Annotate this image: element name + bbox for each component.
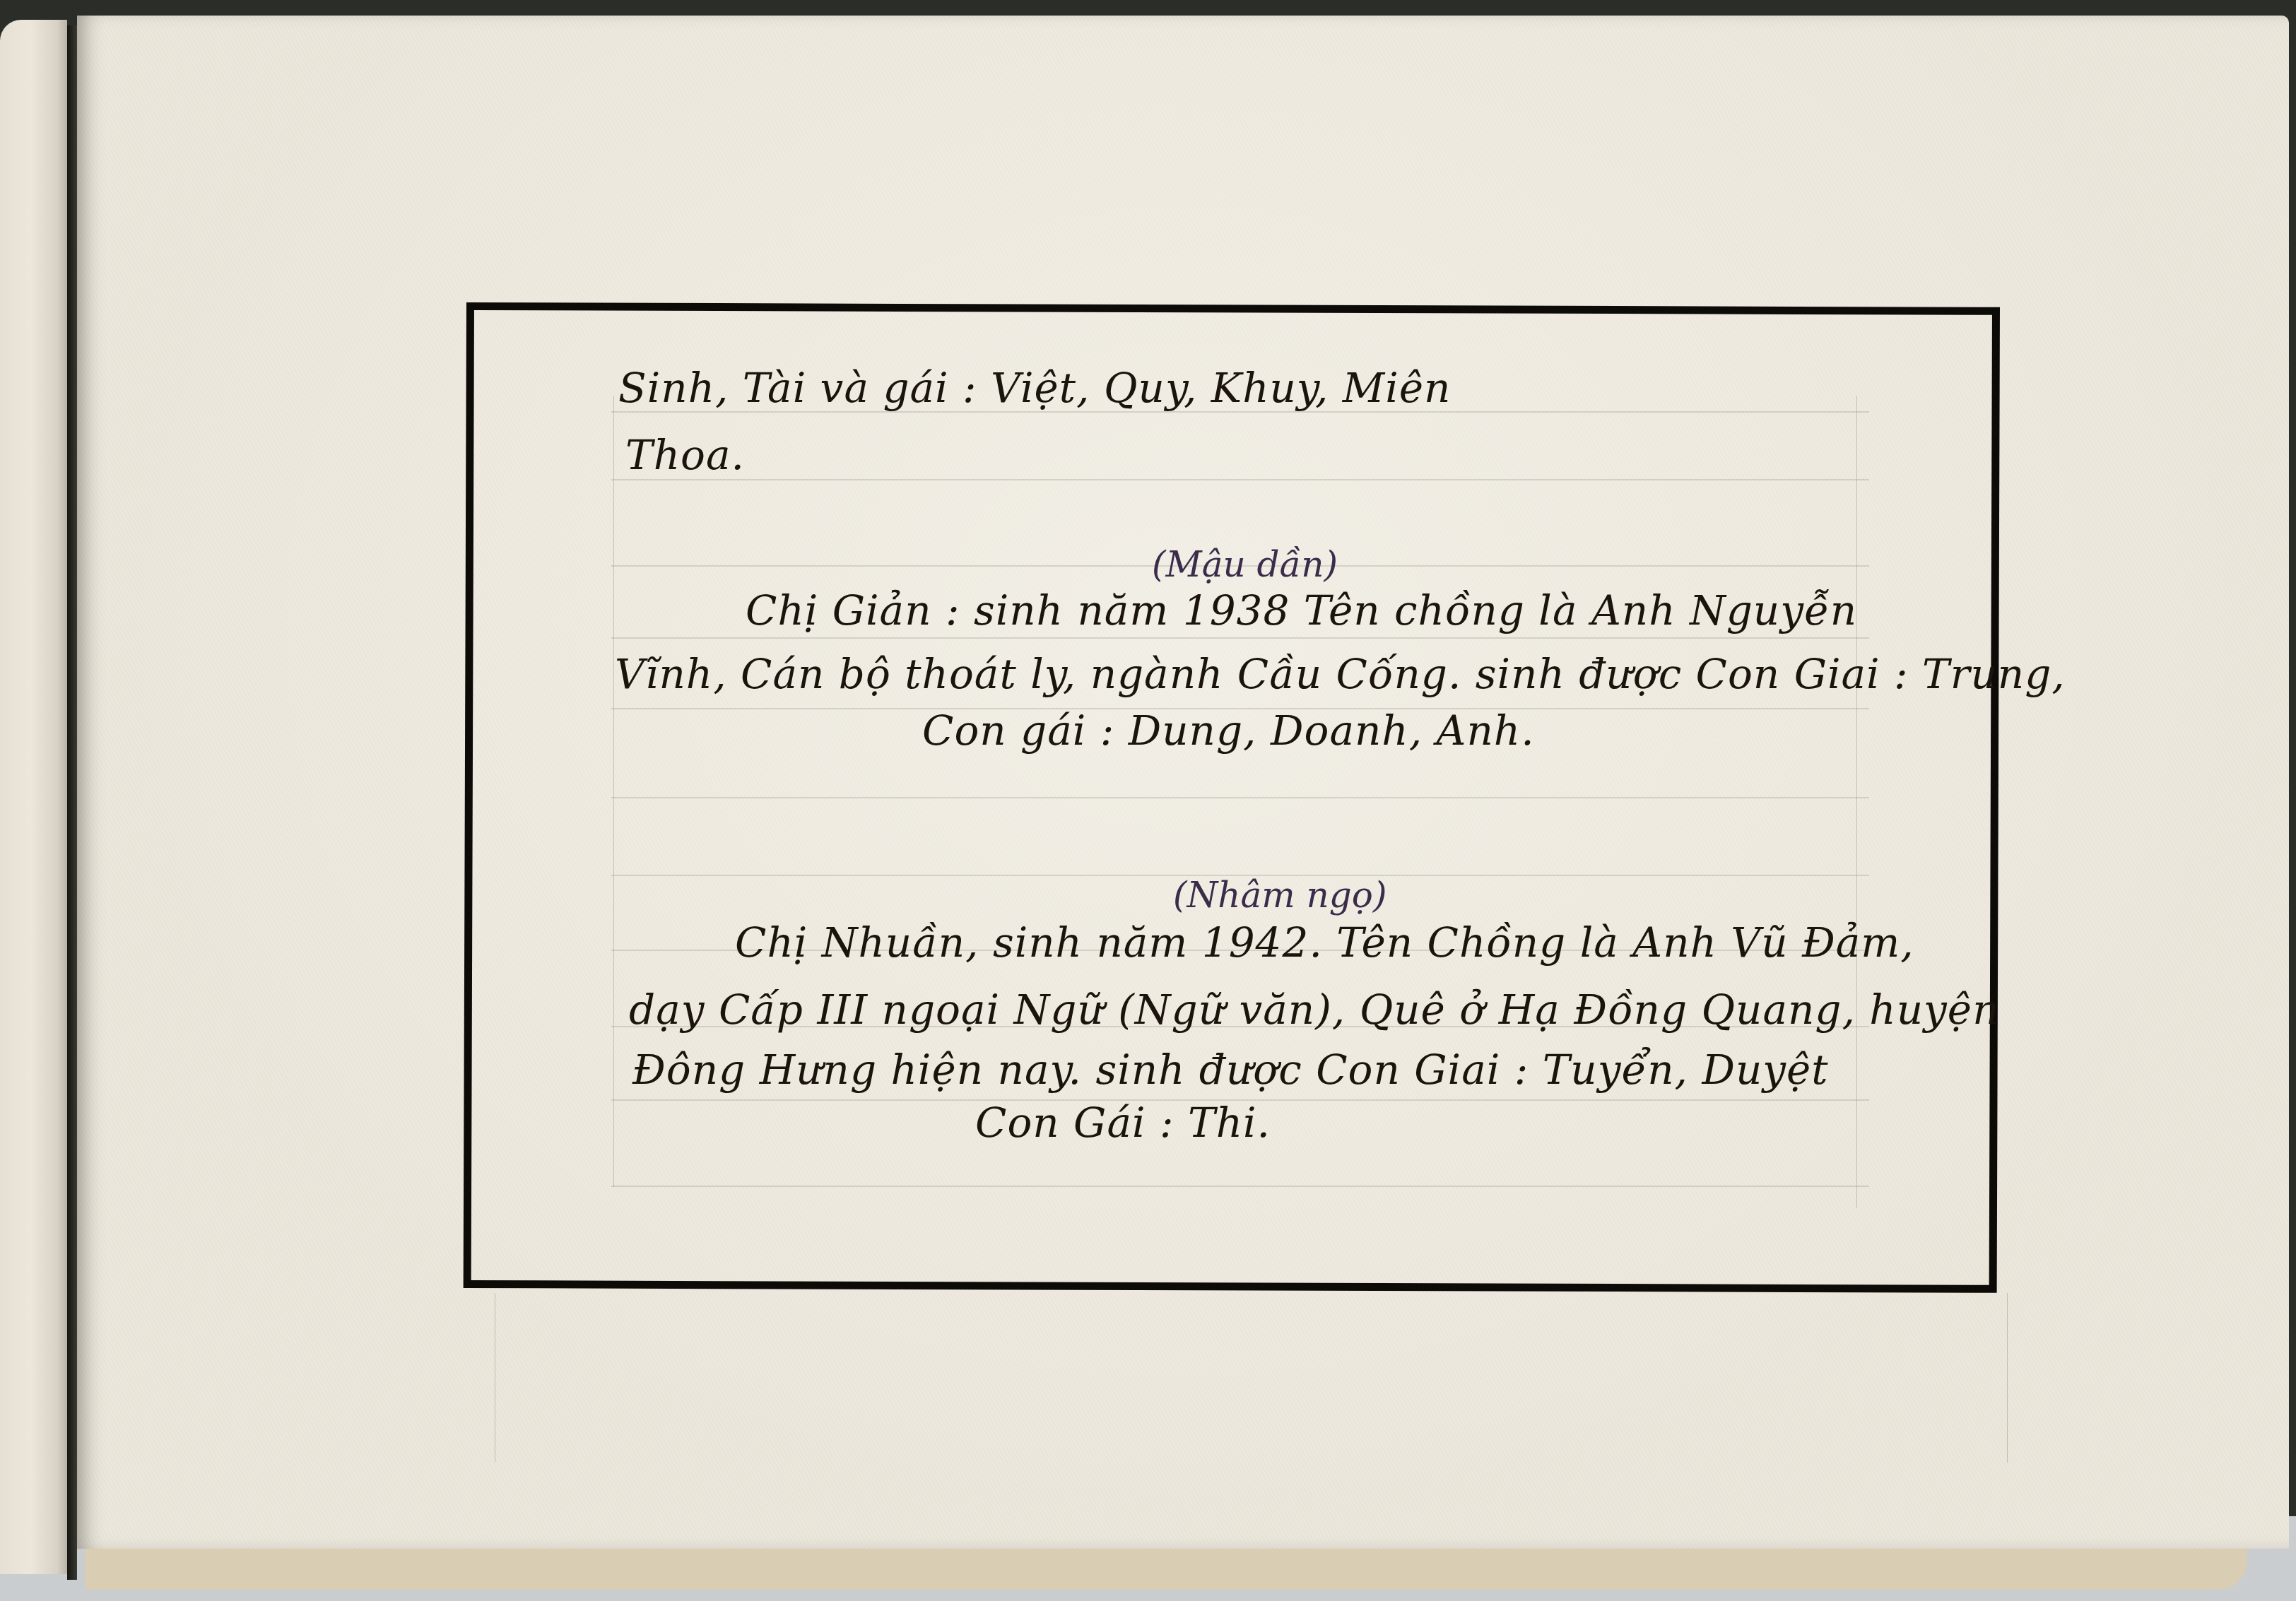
left-page-edge [0, 20, 67, 1574]
entry-line: Thoa. [625, 431, 745, 479]
entry-line: dạy Cấp III ngoại Ngữ (Ngữ văn), Quê ở H… [629, 986, 2000, 1034]
entry-line: Chị Nhuần, sinh năm 1942. Tên Chồng là A… [735, 918, 1914, 967]
book-gutter [67, 25, 77, 1580]
entry-line: Vĩnh, Cán bộ thoát ly, ngành Cầu Cống. s… [615, 650, 2066, 698]
pencil-guide-outer-left [495, 1293, 495, 1463]
entry-line: Con Gái : Thi. [975, 1099, 1271, 1147]
entry-line: Sinh, Tài và gái : Việt, Quy, Khuy, Miên [618, 364, 1451, 412]
entry-line: Đông Hưng hiện nay. sinh được Con Giai :… [632, 1046, 1829, 1094]
lunar-year-annotation: (Mậu dần) [1152, 544, 1338, 585]
entry-line: Con gái : Dung, Doanh, Anh. [922, 707, 1535, 755]
pencil-guide-outer [2007, 1293, 2008, 1463]
lunar-year-annotation: (Nhâm ngọ) [1173, 875, 1387, 916]
entry-line: Chị Giản : sinh năm 1938 Tên chồng là An… [746, 586, 1857, 634]
